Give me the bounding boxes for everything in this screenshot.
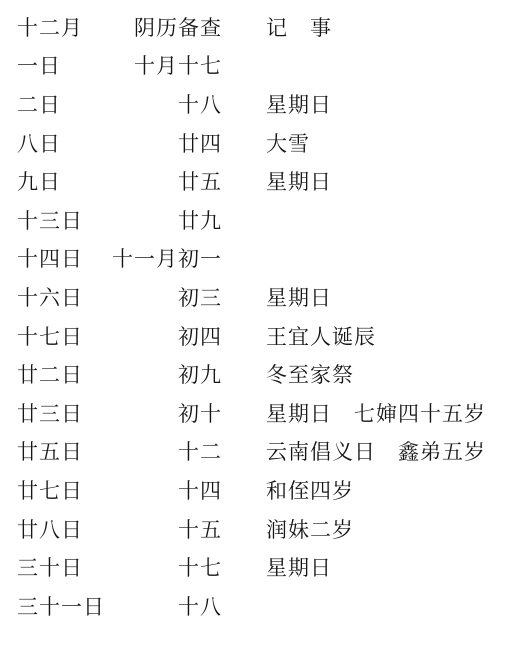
note-cell: 大雪 <box>222 134 514 155</box>
lunar-date-cell: 初十 <box>105 404 222 425</box>
calendar-row: 十三日 廿九 <box>0 202 514 241</box>
gregorian-day-cell: 二日 <box>17 95 105 116</box>
lunar-date-cell: 十八 <box>105 95 222 116</box>
lunar-date-cell: 十四 <box>105 481 222 502</box>
calendar-row: 九日 廿五 星期日 <box>0 163 514 202</box>
calendar-header-row: 十二月 阴历备查 记 事 <box>0 9 514 48</box>
calendar-row: 廿七日 十四 和侄四岁 <box>0 472 514 511</box>
note-cell: 星期日 <box>222 558 514 579</box>
lunar-date-cell: 初四 <box>105 327 222 348</box>
calendar-row: 十六日 初三 星期日 <box>0 279 514 318</box>
gregorian-day-cell: 八日 <box>17 134 105 155</box>
almanac-page: 十二月 阴历备查 记 事 一日 十月十七 二日 十八 星期日 八日 廿四 大雪 … <box>0 0 514 650</box>
lunar-date-cell: 廿四 <box>105 134 222 155</box>
gregorian-day-cell: 一日 <box>17 56 105 77</box>
lunar-date-cell: 十五 <box>105 520 222 541</box>
gregorian-day-cell: 十四日 <box>17 249 105 270</box>
lunar-date-cell: 廿九 <box>105 211 222 232</box>
lunar-date-cell: 廿五 <box>105 172 222 193</box>
notes-header: 记 事 <box>222 18 514 39</box>
gregorian-day-cell: 十六日 <box>17 288 105 309</box>
note-cell: 云南倡义日 鑫弟五岁 <box>222 442 514 463</box>
calendar-row: 三十日 十七 星期日 <box>0 549 514 588</box>
gregorian-day-cell: 廿三日 <box>17 404 105 425</box>
note-cell: 和侄四岁 <box>222 481 514 502</box>
calendar-row: 二日 十八 星期日 <box>0 86 514 125</box>
calendar-row: 廿二日 初九 冬至家祭 <box>0 356 514 395</box>
gregorian-day-cell: 十三日 <box>17 211 105 232</box>
gregorian-day-cell: 廿五日 <box>17 442 105 463</box>
lunar-date-cell: 十月十七 <box>105 56 222 77</box>
calendar-row: 廿八日 十五 润妹二岁 <box>0 511 514 550</box>
gregorian-day-cell: 十七日 <box>17 327 105 348</box>
gregorian-day-cell: 九日 <box>17 172 105 193</box>
gregorian-day-cell: 三十一日 <box>17 597 105 618</box>
gregorian-day-cell: 三十日 <box>17 558 105 579</box>
calendar-row: 廿五日 十二 云南倡义日 鑫弟五岁 <box>0 434 514 473</box>
calendar-row: 三十一日 十八 <box>0 588 514 627</box>
lunar-date-cell: 初九 <box>105 365 222 386</box>
calendar-row: 廿三日 初十 星期日 七婶四十五岁 <box>0 395 514 434</box>
gregorian-day-cell: 廿二日 <box>17 365 105 386</box>
note-cell: 星期日 七婶四十五岁 <box>222 404 514 425</box>
calendar-row: 十七日 初四 王宜人诞辰 <box>0 318 514 357</box>
lunar-date-cell: 十二 <box>105 442 222 463</box>
note-cell: 王宜人诞辰 <box>222 327 514 348</box>
lunar-date-cell: 十一月初一 <box>105 249 222 270</box>
calendar-row: 八日 廿四 大雪 <box>0 125 514 164</box>
lunar-date-cell: 十七 <box>105 558 222 579</box>
lunar-date-cell: 十八 <box>105 597 222 618</box>
calendar-rows: 一日 十月十七 二日 十八 星期日 八日 廿四 大雪 九日 廿五 星期日 十三日… <box>0 48 514 627</box>
month-header: 十二月 <box>17 18 105 39</box>
note-cell: 冬至家祭 <box>222 365 514 386</box>
note-cell: 星期日 <box>222 95 514 116</box>
calendar-row: 十四日 十一月初一 <box>0 241 514 280</box>
gregorian-day-cell: 廿八日 <box>17 520 105 541</box>
calendar-row: 一日 十月十七 <box>0 48 514 87</box>
note-cell: 星期日 <box>222 172 514 193</box>
lunar-date-cell: 初三 <box>105 288 222 309</box>
gregorian-day-cell: 廿七日 <box>17 481 105 502</box>
note-cell: 润妹二岁 <box>222 520 514 541</box>
lunar-reference-header: 阴历备查 <box>105 18 222 39</box>
note-cell: 星期日 <box>222 288 514 309</box>
